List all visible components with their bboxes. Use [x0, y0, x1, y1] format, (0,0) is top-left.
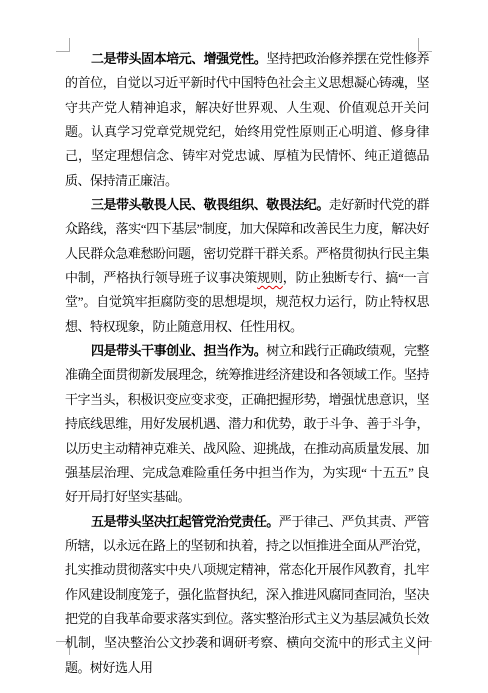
paragraph-5-heading: 五是带头坚决扛起管党治党责任。	[91, 514, 279, 529]
paragraph-3[interactable]: 三是带头敬畏人民、敬畏组织、敬畏法纪。走好新时代党的群众路线，落实“四下基层”制…	[65, 193, 429, 339]
paragraph-4-heading: 四是带头干事创业、担当作为。	[91, 343, 266, 358]
paragraph-4-body: 树立和践行正确政绩观，完整准确全面贯彻新发展理念，统筹推进经济建设和各领域工作。…	[65, 343, 429, 504]
paragraph-2-heading: 二是带头固本培元、增强党性。	[91, 51, 266, 66]
paragraph-3-heading: 三是带头敬畏人民、敬畏组织、敬畏法纪。	[91, 197, 329, 212]
paragraph-2-body: 坚持把政治修养摆在党性修养的首位，自觉以习近平新时代中国特色社会主义思想凝心铸魂…	[65, 51, 429, 188]
paragraph-5[interactable]: 五是带头坚决扛起管党治党责任。严于律己、严负其责、严管所辖，以永远在路上的坚韧和…	[65, 510, 429, 680]
document-page: 二是带头固本培元、增强党性。坚持把政治修养摆在党性修养的首位，自觉以习近平新时代…	[0, 0, 488, 693]
paragraph-5-body: 严于律己、严负其责、严管所辖，以永远在路上的坚韧和执着，持之以恒推进全面从严治党…	[65, 514, 429, 675]
paragraph-2[interactable]: 二是带头固本培元、增强党性。坚持把政治修养摆在党性修养的首位，自觉以习近平新时代…	[65, 47, 429, 193]
paragraph-4[interactable]: 四是带头干事创业、担当作为。树立和践行正确政绩观，完整准确全面贯彻新发展理念，统…	[65, 339, 429, 509]
spellcheck-flagged-word: 规则	[257, 270, 283, 285]
document-text-area[interactable]: 二是带头固本培元、增强党性。坚持把政治修养摆在党性修养的首位，自觉以习近平新时代…	[65, 47, 429, 680]
